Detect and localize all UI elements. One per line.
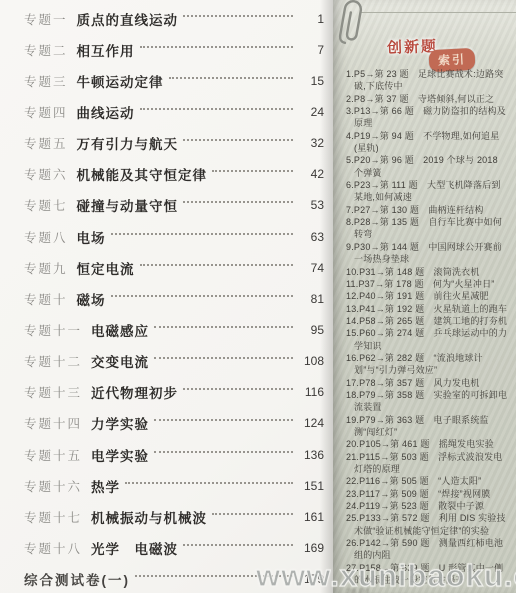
toc-title: 电场 (77, 227, 106, 247)
index-item: 25.P133→第 572 题 利用 DIS 实验技术做“验证机械能守恒定律”的… (346, 512, 508, 537)
toc-title: 综合测试卷(一) (24, 569, 130, 589)
dot-leader (135, 575, 293, 577)
toc-row: 专题一 质点的直线运动 1 (24, 3, 324, 34)
toc-title: 光学 电磁波 (91, 538, 178, 558)
toc-title: 磁场 (77, 289, 106, 309)
dot-leader (154, 451, 293, 453)
index-item: 22.P116→第 505 题 “人造太阳” (346, 475, 508, 487)
index-item: 21.P115→第 503 题 浮标式波浪发电灯塔的原理 (346, 451, 508, 476)
toc-topic-label: 专题三 (24, 72, 68, 90)
toc-topic-label: 专题十四 (24, 414, 82, 432)
index-item: 17.P78→第 357 题 风力发电机 (346, 377, 508, 389)
toc-row: 专题十六 热学 151 (24, 470, 324, 501)
index-item: 13.P41→第 192 题 火星轨道上的跑车 (346, 303, 508, 315)
toc-title: 万有引力与航天 (77, 133, 179, 153)
toc-topic-label: 专题二 (24, 41, 68, 59)
index-item: 10.P31→第 148 题 滚筒洗衣机 (346, 266, 508, 278)
table-of-contents: 专题一 质点的直线运动 1 专题二 相互作用 7 专题三 牛顿运动定律 15 专… (24, 3, 324, 593)
index-item: 11.P37→第 178 题 何为“火星冲日” (346, 278, 508, 290)
toc-topic-label: 专题一 (24, 10, 68, 28)
toc-topic-label: 专题十六 (24, 477, 82, 495)
toc-topic-label: 专题十八 (24, 539, 82, 557)
index-item: 4.P19→第 94 题 不学物理,如何追星(星轨) (346, 130, 508, 155)
toc-row: 专题八 电场 63 (24, 221, 324, 252)
dot-leader (111, 295, 293, 297)
toc-row: 专题三 牛顿运动定律 15 (24, 65, 324, 96)
toc-title: 热学 (91, 476, 120, 496)
toc-row: 专题十二 交变电流 108 (24, 346, 324, 377)
toc-topic-label: 专题六 (24, 165, 68, 183)
page-curl-shadow (320, 0, 333, 593)
toc-title: 电学实验 (91, 445, 149, 465)
toc-topic-label: 专题五 (24, 134, 68, 152)
toc-title: 牛顿运动定律 (77, 71, 164, 91)
toc-topic-label: 专题十 (24, 290, 68, 308)
toc-row: 专题四 曲线运动 24 (24, 96, 324, 127)
toc-row: 专题九 恒定电流 74 (24, 252, 324, 283)
index-item: 14.P58→第 265 题 建筑工地的打夯机 (346, 315, 508, 327)
toc-topic-label: 专题十一 (24, 321, 82, 339)
index-item: 23.P117→第 509 题 “焊接”视网膜 (346, 488, 508, 500)
toc-topic-label: 专题四 (24, 103, 68, 121)
toc-topic-label: 专题十五 (24, 446, 82, 464)
book-page-scan: 专题一 质点的直线运动 1 专题二 相互作用 7 专题三 牛顿运动定律 15 专… (0, 0, 516, 593)
toc-topic-label: 专题九 (24, 259, 68, 277)
toc-row: 专题十三 近代物理初步 116 (24, 377, 324, 408)
index-item: 9.P30→第 144 题 中国网球公开赛前一场热身垫球 (346, 241, 508, 266)
dot-leader (154, 357, 293, 359)
index-item: 8.P28→第 135 题 自行车比赛中如何转弯 (346, 216, 508, 241)
dot-leader (125, 482, 293, 484)
toc-row: 专题十七 机械振动与机械波 161 (24, 501, 324, 532)
index-item: 3.P13→第 66 题 磁力防盗扣的结构及原理 (346, 105, 508, 130)
toc-title: 相互作用 (77, 40, 135, 60)
toc-row: 专题五 万有引力与航天 32 (24, 128, 324, 159)
toc-topic-label: 专题八 (24, 228, 68, 246)
dot-leader (169, 77, 293, 79)
dot-leader (140, 264, 293, 266)
toc-row: 专题十四 力学实验 124 (24, 408, 324, 439)
toc-row: 专题十一 电磁感应 95 (24, 314, 324, 345)
toc-title: 机械能及其守恒定律 (77, 164, 208, 184)
index-item: 27.P158→第 639 题 U 形管其中一侧的水银柱被一段空气柱隔开 (346, 562, 508, 587)
toc-title: 恒定电流 (77, 258, 135, 278)
innovation-index-panel: 创新题 索引 1.P5→第 23 题 足球比赛战术:边路突破,下底传中2.P8→… (333, 0, 516, 593)
toc-title: 电磁感应 (91, 320, 149, 340)
toc-row: 专题十五 电学实验 136 (24, 439, 324, 470)
index-item: 2.P8→第 37 题 寺塔倾斜,何以正之 (346, 93, 508, 105)
toc-row: 专题六 机械能及其守恒定律 42 (24, 159, 324, 190)
dot-leader (183, 201, 293, 203)
index-item: 19.P79→第 363 题 电子眼系统监测“闯红灯” (346, 414, 508, 439)
toc-topic-label: 专题十三 (24, 383, 82, 401)
dot-leader (212, 513, 293, 515)
index-item: 28.P1… …… (346, 586, 508, 593)
toc-title: 机械振动与机械波 (91, 507, 207, 527)
toc-topic-label: 专题七 (24, 196, 68, 214)
index-item: 12.P40→第 191 题 前往火星减肥 (346, 290, 508, 302)
index-item-list: 1.P5→第 23 题 足球比赛战术:边路突破,下底传中2.P8→第 37 题 … (346, 68, 508, 593)
index-item: 20.P105→第 461 题 摇绳发电实验 (346, 438, 508, 450)
dot-leader (154, 326, 293, 328)
index-item: 1.P5→第 23 题 足球比赛战术:边路突破,下底传中 (346, 68, 508, 93)
index-item: 5.P20→第 96 题 2019 个球与 2018 个弹簧 (346, 154, 508, 179)
toc-title: 近代物理初步 (91, 382, 178, 402)
toc-title: 曲线运动 (77, 102, 135, 122)
toc-row: 专题二 相互作用 7 (24, 34, 324, 65)
index-item: 6.P23→第 111 题 大型飞机降落后到某地,如何减速 (346, 179, 508, 204)
index-item: 24.P119→第 523 题 散裂中子源 (346, 500, 508, 512)
toc-title: 力学实验 (91, 413, 149, 433)
toc-title: 质点的直线运动 (77, 9, 179, 29)
toc-row: 专题十 磁场 81 (24, 283, 324, 314)
dot-leader (111, 233, 293, 235)
toc-title: 碰撞与动量守恒 (77, 195, 179, 215)
dot-leader (183, 388, 293, 390)
dot-leader (183, 139, 293, 141)
toc-row: 专题七 碰撞与动量守恒 53 (24, 190, 324, 221)
dot-leader (154, 419, 293, 421)
dot-leader (212, 170, 293, 172)
dot-leader (140, 46, 293, 48)
index-item: 16.P62→第 282 题 “流浪地球计划”与“引力弹弓效应” (346, 352, 508, 377)
toc-row: 专题十八 光学 电磁波 169 (24, 532, 324, 563)
toc-topic-label: 专题十二 (24, 352, 82, 370)
index-item: 26.P142→第 590 题 测量西红柿电池组的内阻 (346, 537, 508, 562)
index-item: 15.P60→第 274 题 乒乓球运动中的力学知识 (346, 327, 508, 352)
dot-leader (183, 544, 293, 546)
index-item: 18.P79→第 358 题 实验室的可拆卸电流装置 (346, 389, 508, 414)
dot-leader (183, 15, 293, 17)
dot-leader (140, 108, 293, 110)
index-item: 7.P27→第 130 题 曲柄连杆结构 (346, 204, 508, 216)
toc-title: 交变电流 (91, 351, 149, 371)
toc-row: 综合测试卷(一) 179 (24, 564, 324, 593)
divider-line (360, 12, 516, 13)
toc-topic-label: 专题十七 (24, 508, 82, 526)
